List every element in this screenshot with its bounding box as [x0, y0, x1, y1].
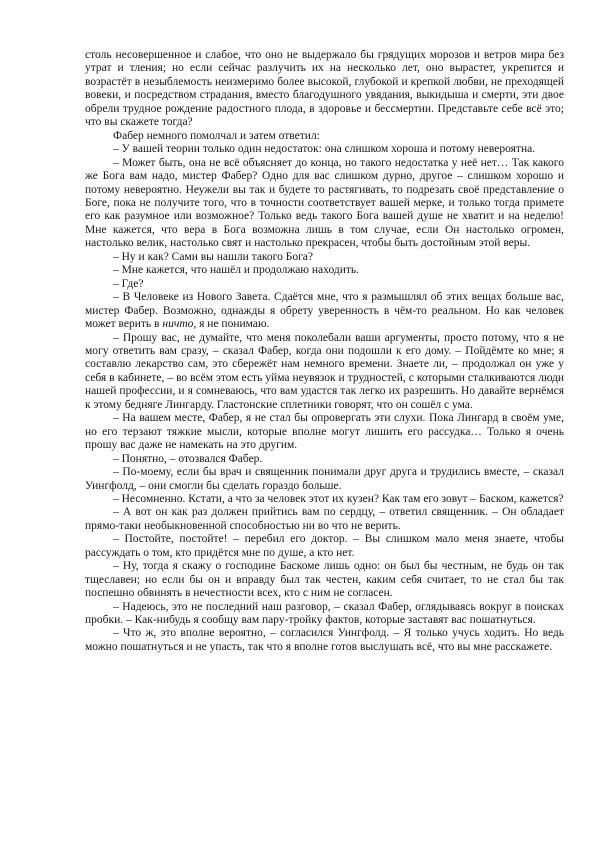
paragraph: – Где? [85, 278, 564, 291]
text-run: – Что ж, это вполне вероятно, – согласил… [85, 627, 564, 652]
text-run: – Надеюсь, это не последний наш разговор… [85, 601, 564, 626]
paragraph: – Прошу вас, не думайте, что меня поколе… [85, 332, 564, 413]
paragraph: Фабер немного помолчал и затем ответил: [85, 130, 564, 143]
text-run: – Ну и как? Сами вы нашли такого Бога? [113, 251, 313, 263]
text-run: столь несовершенное и слабое, что оно не… [85, 49, 564, 128]
paragraph: – По-моему, если бы врач и священник пон… [85, 466, 564, 493]
paragraph: столь несовершенное и слабое, что оно не… [85, 49, 564, 130]
italic-text-run: ничто, [162, 318, 196, 330]
text-run: – Постойте, постойте! – перебил его докт… [85, 533, 564, 558]
paragraph: – Постойте, постойте! – перебил его докт… [85, 533, 564, 560]
paragraph: – На вашем месте, Фабер, я не стал бы оп… [85, 412, 564, 452]
paragraph: – Что ж, это вполне вероятно, – согласил… [85, 627, 564, 654]
paragraph: – Ну и как? Сами вы нашли такого Бога? [85, 251, 564, 264]
text-run: – Ну, тогда я скажу о господине Баскоме … [85, 560, 564, 599]
text-run: – У вашей теории только один недостаток:… [113, 143, 535, 155]
paragraph: – Понятно, – отозвался Фабер. [85, 453, 564, 466]
text-run: я не понимаю. [196, 318, 269, 330]
paragraph: – Несомненно. Кстати, а что за человек э… [85, 493, 564, 506]
paragraph: – Надеюсь, это не последний наш разговор… [85, 601, 564, 628]
paragraph: – У вашей теории только один недостаток:… [85, 143, 564, 156]
text-run: – Может быть, она не всё объясняет до ко… [85, 157, 564, 250]
text-run: – Мне кажется, что нашёл и продолжаю нах… [113, 264, 359, 276]
paragraph: – В Человеке из Нового Завета. Сдаётся м… [85, 291, 564, 331]
text-run: – Понятно, – отозвался Фабер. [113, 453, 262, 465]
book-page: столь несовершенное и слабое, что оно не… [0, 0, 600, 849]
text-run: – В Человеке из Нового Завета. Сдаётся м… [85, 291, 564, 330]
paragraph: – А вот он как раз должен прийтись вам п… [85, 506, 564, 533]
text-run: – Прошу вас, не думайте, что меня поколе… [85, 332, 564, 411]
paragraph: – Мне кажется, что нашёл и продолжаю нах… [85, 264, 564, 277]
text-run: – А вот он как раз должен прийтись вам п… [85, 506, 564, 531]
text-run: – На вашем месте, Фабер, я не стал бы оп… [85, 412, 564, 451]
paragraph: – Может быть, она не всё объясняет до ко… [85, 157, 564, 251]
paragraph: – Ну, тогда я скажу о господине Баскоме … [85, 560, 564, 600]
text-run: Фабер немного помолчал и затем ответил: [113, 130, 320, 142]
text-run: – Где? [113, 278, 143, 290]
text-run: – По-моему, если бы врач и священник пон… [85, 466, 564, 491]
text-run: – Несомненно. Кстати, а что за человек э… [113, 493, 563, 505]
text-column: столь несовершенное и слабое, что оно не… [85, 49, 564, 654]
